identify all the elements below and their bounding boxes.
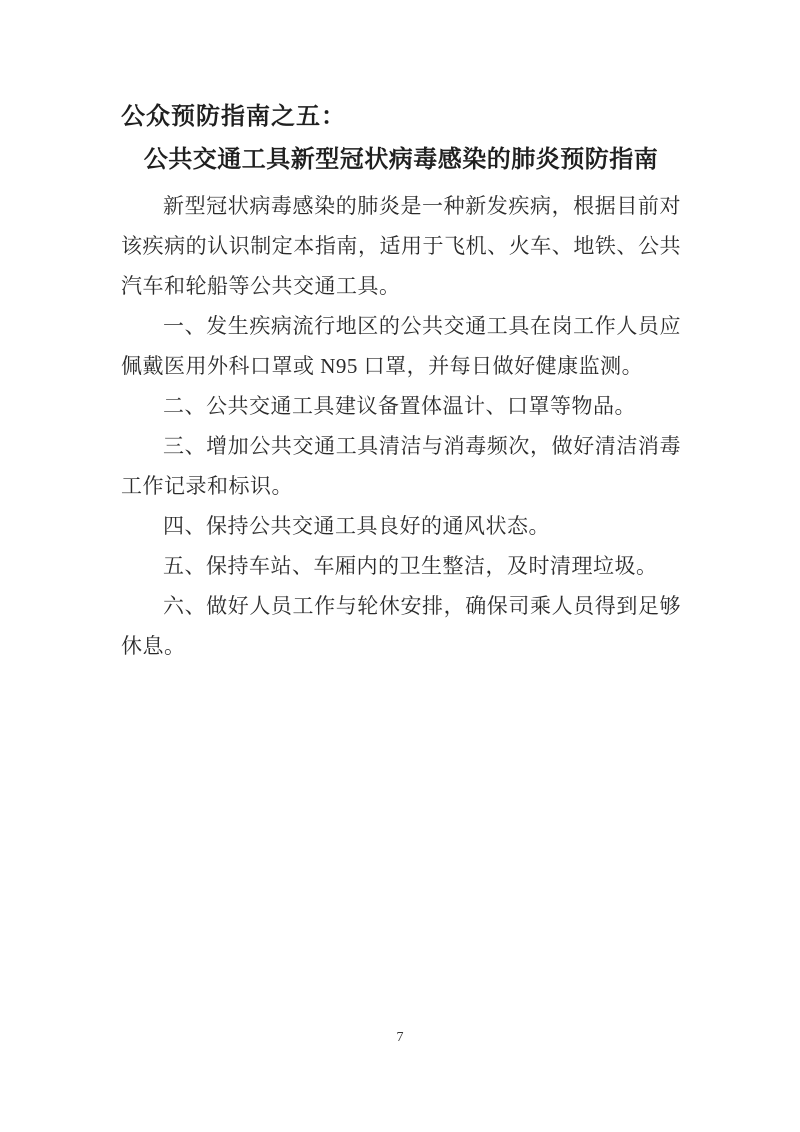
paragraph-item-6: 六、做好人员工作与轮休安排，确保司乘人员得到足够休息。 [121,586,681,666]
body-paragraphs: 新型冠状病毒感染的肺炎是一种新发疾病，根据目前对该疾病的认识制定本指南，适用于飞… [121,186,681,666]
document-title: 公共交通工具新型冠状病毒感染的肺炎预防指南 [121,142,681,178]
paragraph-intro: 新型冠状病毒感染的肺炎是一种新发疾病，根据目前对该疾病的认识制定本指南，适用于飞… [121,186,681,306]
paragraph-item-1: 一、发生疾病流行地区的公共交通工具在岗工作人员应佩戴医用外科口罩或 N95 口罩… [121,306,681,386]
page-number: 7 [397,1030,404,1045]
paragraph-item-4: 四、保持公共交通工具良好的通风状态。 [121,506,681,546]
section-label: 公众预防指南之五： [121,100,681,134]
document-content: 公众预防指南之五： 公共交通工具新型冠状病毒感染的肺炎预防指南 新型冠状病毒感染… [121,100,681,666]
paragraph-item-5: 五、保持车站、车厢内的卫生整洁，及时清理垃圾。 [121,546,681,586]
document-page: 公众预防指南之五： 公共交通工具新型冠状病毒感染的肺炎预防指南 新型冠状病毒感染… [0,0,800,1132]
paragraph-item-3: 三、增加公共交通工具清洁与消毒频次，做好清洁消毒工作记录和标识。 [121,426,681,506]
paragraph-item-2: 二、公共交通工具建议备置体温计、口罩等物品。 [121,386,681,426]
page-footer: 7 [0,1028,800,1046]
